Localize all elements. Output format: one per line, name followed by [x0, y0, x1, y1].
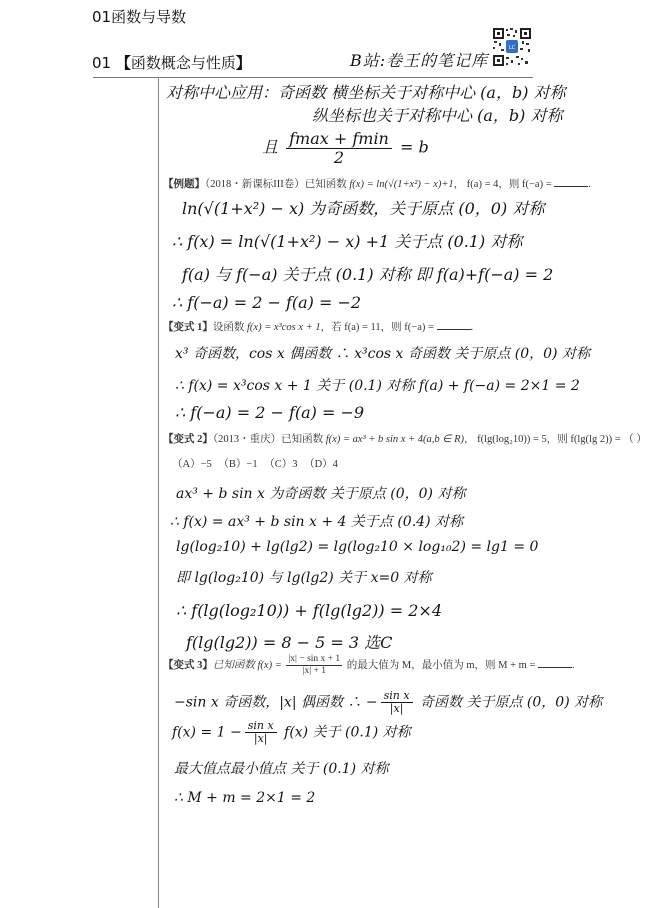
example-text-b: ， f(a) = 4，则 f(−a) = — [454, 179, 555, 190]
example-solution-line-2: ∴ f(x) = ln(√(1+x²) − x) +1 关于点 (0.1) 对称 — [172, 229, 522, 252]
variant2-solution-line-4: 即 lg(log₂10) 与 lg(lg2) 关于 x=0 对称 — [176, 567, 432, 587]
answer-blank — [554, 177, 588, 187]
qr-code-icon: LC — [492, 27, 532, 67]
example-solution-line-3: f(a) 与 f(−a) 关于点 (0.1) 对称 即 f(a)+f(−a) =… — [182, 262, 553, 285]
variant2-source: （2013・重庆） — [213, 434, 281, 445]
variant3-solution-line-2-b: f(x) 关于 (0.1) 对称 — [280, 725, 411, 741]
variant2-solution-line-3: lg(log₂10) + lg(lg2) = lg(log₂10 × log₁₀… — [176, 539, 538, 555]
example-source: （2018・新课标III卷） — [205, 179, 305, 190]
option-c: （C）3 — [264, 459, 297, 470]
variant1-solution-line-1: x³ 奇函数，cos x 偶函数 ∴ x³cos x 奇函数 关于原点 (0，0… — [175, 343, 590, 363]
variant2-solution-line-2: ∴ f(x) = ax³ + b sin x + 4 关于点 (0.4) 对称 — [170, 511, 463, 531]
variant3-text-a: 已知函数 f(x) = — [213, 660, 285, 671]
variant2-solution-line-1: ax³ + b sin x 为奇函数 关于原点 (0，0) 对称 — [176, 483, 465, 503]
section-number: 01 — [92, 54, 111, 72]
variant2-tag: 【变式 2】 — [163, 434, 213, 445]
example-solution-line-4: ∴ f(−a) = 2 − f(a) = −2 — [172, 293, 361, 312]
section-title: 函数概念与性质 — [131, 54, 236, 72]
section-heading: 01 【函数概念与性质】 — [92, 52, 251, 73]
svg-text:LC: LC — [509, 45, 516, 51]
fraction-denominator: |x| — [254, 733, 268, 745]
variant3-fraction-numerator: |x| − sin x + 1 — [286, 654, 342, 666]
variant2-solution-line-6: f(lg(lg2)) = 8 − 5 = 3 选C — [186, 630, 392, 653]
variant3-solution-line-3: 最大值点最小值点 关于 (0.1) 对称 — [174, 758, 389, 778]
variant3-tag: 【变式 3】 — [163, 660, 213, 671]
variant1-text-a: 设函数 — [213, 322, 247, 333]
example-text-a: 已知函数 — [305, 179, 350, 190]
answer-blank — [538, 658, 572, 668]
answer-blank — [437, 320, 471, 330]
variant3-solution-line-1: −sin x 奇函数，|x| 偶函数 ∴ −sin x|x| 奇函数 关于原点 … — [174, 690, 602, 715]
variant3-solution-line-4: ∴ M + m = 2×1 = 2 — [174, 790, 315, 806]
example-tag: 【例题】 — [163, 179, 205, 190]
variant3-text-end: . — [572, 660, 575, 671]
variant1-text-end: . — [471, 322, 474, 333]
variant3-solution-line-1-a: −sin x 奇函数，|x| 偶函数 ∴ − — [174, 695, 378, 711]
intro-line-1: 对称中心应用：奇函数 横坐标关于对称中心 (a，b) 对称 — [166, 80, 566, 103]
variant1-problem: 【变式 1】设函数 f(x) = x³cos x + 1，若 f(a) = 11… — [163, 319, 473, 334]
fmax-fmin-fraction: fmax + fmin 2 — [286, 130, 392, 166]
variant3-fraction-denominator: |x| + 1 — [303, 666, 326, 677]
variant2-options: （A）−5 （B）−1 （C）3 （D）4 — [172, 456, 338, 471]
option-d: （D）4 — [304, 459, 338, 470]
chapter-title: 01函数与导数 — [92, 6, 186, 27]
section-close-bracket: 】 — [236, 54, 251, 72]
header-divider — [93, 77, 533, 78]
example-solution-line-1: ln(√(1+x²) − x) 为奇函数，关于原点 (0，0) 对称 — [182, 196, 544, 219]
sinx-over-absx-fraction: sin x|x| — [245, 720, 277, 745]
variant2-text-b: ， f(lg(log₂10)) = 5，则 f(lg(lg 2)) = （ ） — [464, 434, 647, 445]
intro-line-3: 且 fmax + fmin 2 = b — [262, 130, 429, 166]
option-a: （A）−5 — [172, 459, 212, 470]
fraction-denominator: 2 — [334, 149, 344, 167]
variant3-solution-line-1-b: 奇函数 关于原点 (0，0) 对称 — [416, 695, 603, 711]
variant2-text-a: 已知函数 — [281, 434, 326, 445]
variant2-problem: 【变式 2】（2013・重庆）已知函数 f(x) = ax³ + b sin x… — [163, 431, 647, 446]
section-open-bracket: 【 — [116, 54, 131, 72]
example-text-end: . — [588, 179, 591, 190]
intro-line-2: 纵坐标也关于对称中心 (a，b) 对称 — [312, 103, 562, 126]
variant1-formula: f(x) = x³cos x + 1 — [247, 322, 321, 333]
variant2-formula: f(x) = ax³ + b sin x + 4(a,b ∈ R) — [326, 434, 464, 445]
fraction-numerator: fmax + fmin — [286, 130, 392, 149]
variant3-text-b: 的最大值为 M，最小值为 m，则 M + m = — [344, 660, 538, 671]
variant3-fraction: |x| − sin x + 1|x| + 1 — [286, 654, 342, 677]
fraction-denominator: |x| — [390, 703, 404, 715]
example-problem: 【例题】（2018・新课标III卷）已知函数 f(x) = ln(√(1+x²)… — [163, 176, 591, 191]
margin-line — [158, 77, 159, 908]
option-b: （B）−1 — [218, 459, 257, 470]
variant1-solution-line-3: ∴ f(−a) = 2 − f(a) = −9 — [175, 403, 364, 422]
variant3-problem: 【变式 3】已知函数 f(x) = |x| − sin x + 1|x| + 1… — [163, 654, 575, 677]
variant3-solution-line-2-a: f(x) = 1 − — [172, 725, 242, 741]
variant1-solution-line-2: ∴ f(x) = x³cos x + 1 关于 (0.1) 对称 f(a) + … — [175, 375, 580, 395]
example-formula: f(x) = ln(√(1+x²) − x)+1 — [349, 179, 453, 190]
brand-text: B站:卷王的笔记库 — [350, 48, 488, 71]
variant1-text-b: ，若 f(a) = 11，则 f(−a) = — [321, 322, 437, 333]
variant2-solution-line-5: ∴ f(lg(log₂10)) + f(lg(lg2)) = 2×4 — [176, 601, 442, 620]
sinx-over-absx-fraction: sin x|x| — [381, 690, 413, 715]
variant1-tag: 【变式 1】 — [163, 322, 213, 333]
variant3-solution-line-2: f(x) = 1 −sin x|x| f(x) 关于 (0.1) 对称 — [172, 720, 411, 745]
intro-line-3-suffix: = b — [400, 138, 429, 157]
intro-line-3-prefix: 且 — [262, 138, 278, 157]
